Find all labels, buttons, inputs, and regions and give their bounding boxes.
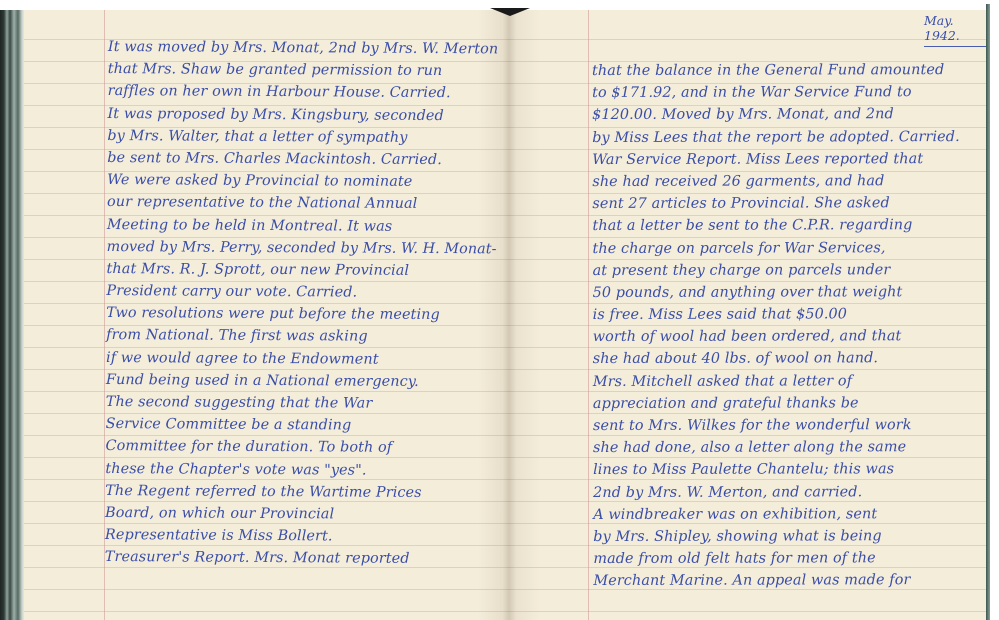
handwritten-line: that a letter be sent to the C.P.R. rega… xyxy=(592,214,982,237)
handwritten-line: she had received 26 garments, and had xyxy=(592,170,982,193)
handwritten-line: $120.00. Moved by Mrs. Monat, and 2nd xyxy=(592,103,982,126)
handwritten-line: be sent to Mrs. Charles Mackintosh. Carr… xyxy=(107,147,497,172)
handwritten-line: sent to Mrs. Wilkes for the wonderful wo… xyxy=(593,414,983,437)
handwritten-line: she had about 40 lbs. of wool on hand. xyxy=(593,347,983,370)
left-cover-edge xyxy=(0,10,24,620)
handwritten-line: that Mrs. R. J. Sprott, our new Provinci… xyxy=(107,258,497,283)
right-page-text: that the balance in the General Fund amo… xyxy=(592,59,983,593)
handwritten-line: made from old felt hats for men of the xyxy=(593,547,983,570)
handwritten-line: Fund being used in a National emergency. xyxy=(106,369,496,394)
handwritten-line: Two resolutions were put before the meet… xyxy=(106,302,496,327)
handwritten-line: worth of wool had been ordered, and that xyxy=(593,325,983,348)
handwritten-line: the charge on parcels for War Services, xyxy=(592,236,982,259)
notebook-spread: It was moved by Mrs. Monat, 2nd by Mrs. … xyxy=(0,0,999,620)
handwritten-line: these the Chapter's vote was "yes". xyxy=(105,458,495,483)
handwritten-line: moved by Mrs. Perry, seconded by Mrs. W.… xyxy=(107,236,494,261)
handwritten-line: Representative is Miss Bollert. xyxy=(105,524,495,549)
handwritten-line: appreciation and grateful thanks be xyxy=(593,392,983,415)
handwritten-line: 50 pounds, and anything over that weight xyxy=(593,281,983,304)
handwritten-line: Merchant Marine. An appeal was made for xyxy=(593,569,983,592)
handwritten-line: by Mrs. Shipley, showing what is being xyxy=(593,525,983,548)
handwritten-line: It was moved by Mrs. Monat, 2nd by Mrs. … xyxy=(108,36,498,61)
handwritten-line: raffles on her own in Harbour House. Car… xyxy=(108,80,498,105)
handwritten-line: It was proposed by Mrs. Kingsbury, secon… xyxy=(107,103,497,128)
handwritten-line: Service Committee be a standing xyxy=(106,413,496,438)
handwritten-line: at present they charge on parcels under xyxy=(593,259,983,282)
handwritten-line: War Service Report. Miss Lees reported t… xyxy=(592,148,982,171)
spine-notch xyxy=(490,8,530,16)
handwritten-line: sent 27 articles to Provincial. She aske… xyxy=(592,192,982,215)
handwritten-line: We were asked by Provincial to nominate xyxy=(107,169,497,194)
handwritten-line: that Mrs. Shaw be granted permission to … xyxy=(108,58,498,83)
handwritten-line: from National. The first was asking xyxy=(106,324,496,349)
handwritten-line: by Mrs. Walter, that a letter of sympath… xyxy=(107,125,497,150)
handwritten-line: lines to Miss Paulette Chantelu; this wa… xyxy=(593,458,983,481)
left-page: It was moved by Mrs. Monat, 2nd by Mrs. … xyxy=(24,10,508,620)
handwritten-line: Board, on which our Provincial xyxy=(105,502,495,527)
handwritten-line: President carry our vote. Carried. xyxy=(106,280,496,305)
handwritten-line: Treasurer's Report. Mrs. Monat reported xyxy=(105,546,495,571)
handwritten-line: The Regent referred to the Wartime Price… xyxy=(105,480,495,505)
handwritten-line: Mrs. Mitchell asked that a letter of xyxy=(593,370,983,393)
handwritten-line: our representative to the National Annua… xyxy=(107,191,497,216)
handwritten-line: Meeting to be held in Montreal. It was xyxy=(107,213,497,238)
handwritten-line: Committee for the duration. To both of xyxy=(105,435,495,460)
right-page: May. 1942. that the balance in the Gener… xyxy=(508,10,986,620)
handwritten-line: if we would agree to the Endowment xyxy=(106,347,496,372)
handwritten-line: to $171.92, and in the War Service Fund … xyxy=(592,81,982,104)
right-cover-edge xyxy=(986,4,990,620)
handwritten-line: she had done, also a letter along the sa… xyxy=(593,436,983,459)
left-page-text: It was moved by Mrs. Monat, 2nd by Mrs. … xyxy=(105,36,498,571)
handwritten-line: that the balance in the General Fund amo… xyxy=(592,59,982,82)
handwritten-line: by Miss Lees that the report be adopted.… xyxy=(592,126,982,149)
handwritten-line: The second suggesting that the War xyxy=(106,391,496,416)
right-margin-rule xyxy=(588,10,589,620)
handwritten-line: 2nd by Mrs. W. Merton, and carried. xyxy=(593,481,983,504)
date-heading: May. 1942. xyxy=(924,13,986,47)
handwritten-line: A windbreaker was on exhibition, sent xyxy=(593,503,983,526)
handwritten-line: is free. Miss Lees said that $50.00 xyxy=(593,303,983,326)
